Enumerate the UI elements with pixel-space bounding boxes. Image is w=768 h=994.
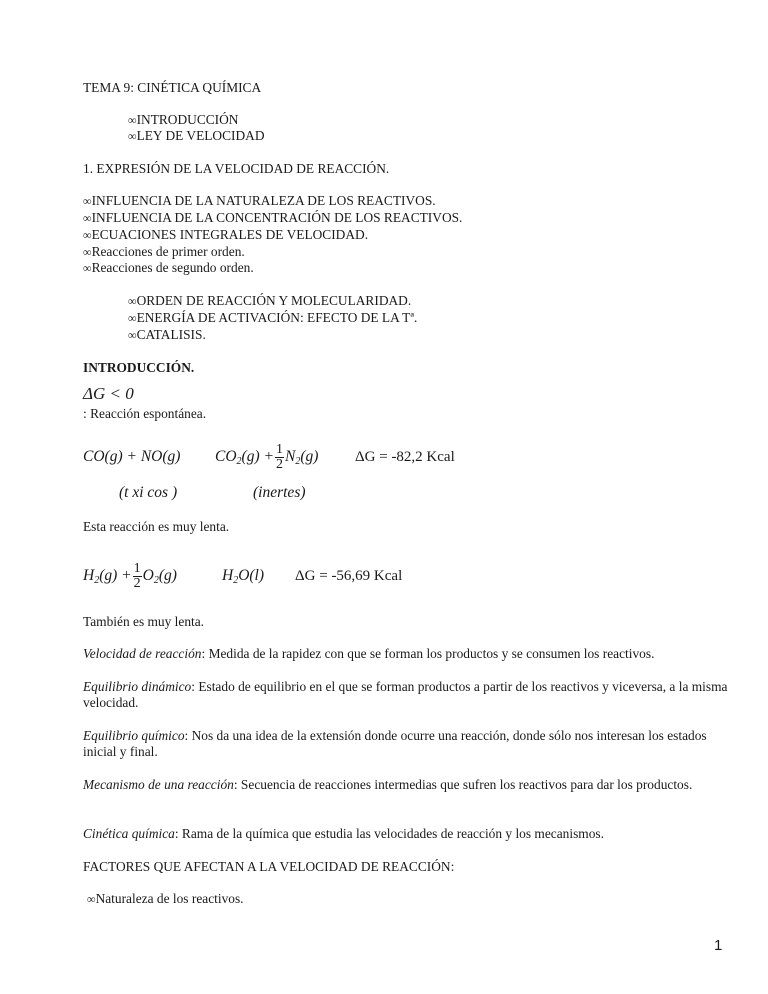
dg-condition: ΔG < 0	[83, 386, 134, 402]
numerator: 1	[275, 443, 284, 458]
outline-item: ENERGÍA DE ACTIVACIÓN: EFECTO DE LA Tª.	[128, 310, 417, 326]
product-n2: N	[285, 448, 295, 465]
outline-item: LEY DE VELOCIDAD	[128, 128, 265, 144]
reaction1-note-right: (inertes)	[253, 485, 306, 501]
reaction1-comment: Esta reacción es muy lenta.	[83, 519, 229, 535]
definition: Cinética química: Rama de la química que…	[83, 826, 733, 842]
state: (g) +	[99, 567, 131, 584]
state: (g) +	[242, 448, 274, 465]
definition-text: : Secuencia de reacciones intermedias qu…	[234, 777, 692, 792]
outline-item: ECUACIONES INTEGRALES DE VELOCIDAD.	[83, 227, 368, 243]
reactant-o2: O	[143, 567, 154, 584]
definition-term: Equilibrio químico	[83, 728, 185, 743]
fraction-half: 12	[133, 562, 142, 591]
outline-item: INFLUENCIA DE LA NATURALEZA DE LOS REACT…	[83, 193, 436, 209]
outline-item: CATALISIS.	[128, 327, 206, 343]
outline-item: Reacciones de segundo orden.	[83, 260, 254, 276]
reactant-h2: H	[83, 567, 94, 584]
product-co2: CO	[215, 448, 237, 465]
product-h2o: H	[222, 567, 233, 584]
definition-term: Velocidad de reacción	[83, 646, 202, 661]
definition: Equilibrio dinámico: Estado de equilibri…	[83, 679, 733, 711]
definition-term: Equilibrio dinámico	[83, 679, 191, 694]
denominator: 2	[133, 577, 142, 591]
state: (g)	[159, 567, 177, 584]
reaction1-note-left: (t xi cos )	[119, 485, 177, 501]
denominator: 2	[275, 458, 284, 472]
definition: Equilibrio químico: Nos da una idea de l…	[83, 728, 733, 760]
document-title: TEMA 9: CINÉTICA QUÍMICA	[83, 80, 261, 96]
dg-caption: : Reacción espontánea.	[83, 406, 206, 422]
definition-term: Cinética química	[83, 826, 175, 841]
definition-text: : Rama de la química que estudia las vel…	[175, 826, 604, 841]
outline-item: INTRODUCCIÓN	[128, 112, 238, 128]
fraction-half: 12	[275, 443, 284, 472]
state: (g)	[300, 448, 318, 465]
reaction2-delta-g: ΔG = -56,69 Kcal	[295, 568, 402, 584]
factor-item: Naturaleza de los reactivos.	[87, 891, 244, 907]
reaction1-delta-g: ΔG = -82,2 Kcal	[355, 449, 455, 465]
reaction2-comment: También es muy lenta.	[83, 614, 204, 630]
outline-item: ORDEN DE REACCIÓN Y MOLECULARIDAD.	[128, 293, 411, 309]
reaction1-products: CO2(g) +12N2(g)	[215, 440, 318, 474]
intro-heading: INTRODUCCIÓN.	[83, 360, 194, 376]
outline-item: INFLUENCIA DE LA CONCENTRACIÓN DE LOS RE…	[83, 210, 462, 226]
definition-text: : Medida de la rapidez con que se forman…	[202, 646, 655, 661]
definition: Mecanismo de una reacción: Secuencia de …	[83, 777, 733, 793]
outline-item: Reacciones de primer orden.	[83, 244, 245, 260]
state: O(l)	[238, 567, 264, 584]
reaction2-reactants: H2(g) +12O2(g)	[83, 559, 177, 593]
factors-heading: FACTORES QUE AFECTAN A LA VELOCIDAD DE R…	[83, 859, 454, 875]
page-number: 1	[714, 938, 722, 954]
reaction2-product: H2O(l)	[222, 559, 264, 593]
reaction1-reactants: CO(g) + NO(g)	[83, 449, 180, 465]
definition-term: Mecanismo de una reacción	[83, 777, 234, 792]
definition: Velocidad de reacción: Medida de la rapi…	[83, 646, 733, 662]
section-heading: 1. EXPRESIÓN DE LA VELOCIDAD DE REACCIÓN…	[83, 161, 389, 177]
numerator: 1	[133, 562, 142, 577]
